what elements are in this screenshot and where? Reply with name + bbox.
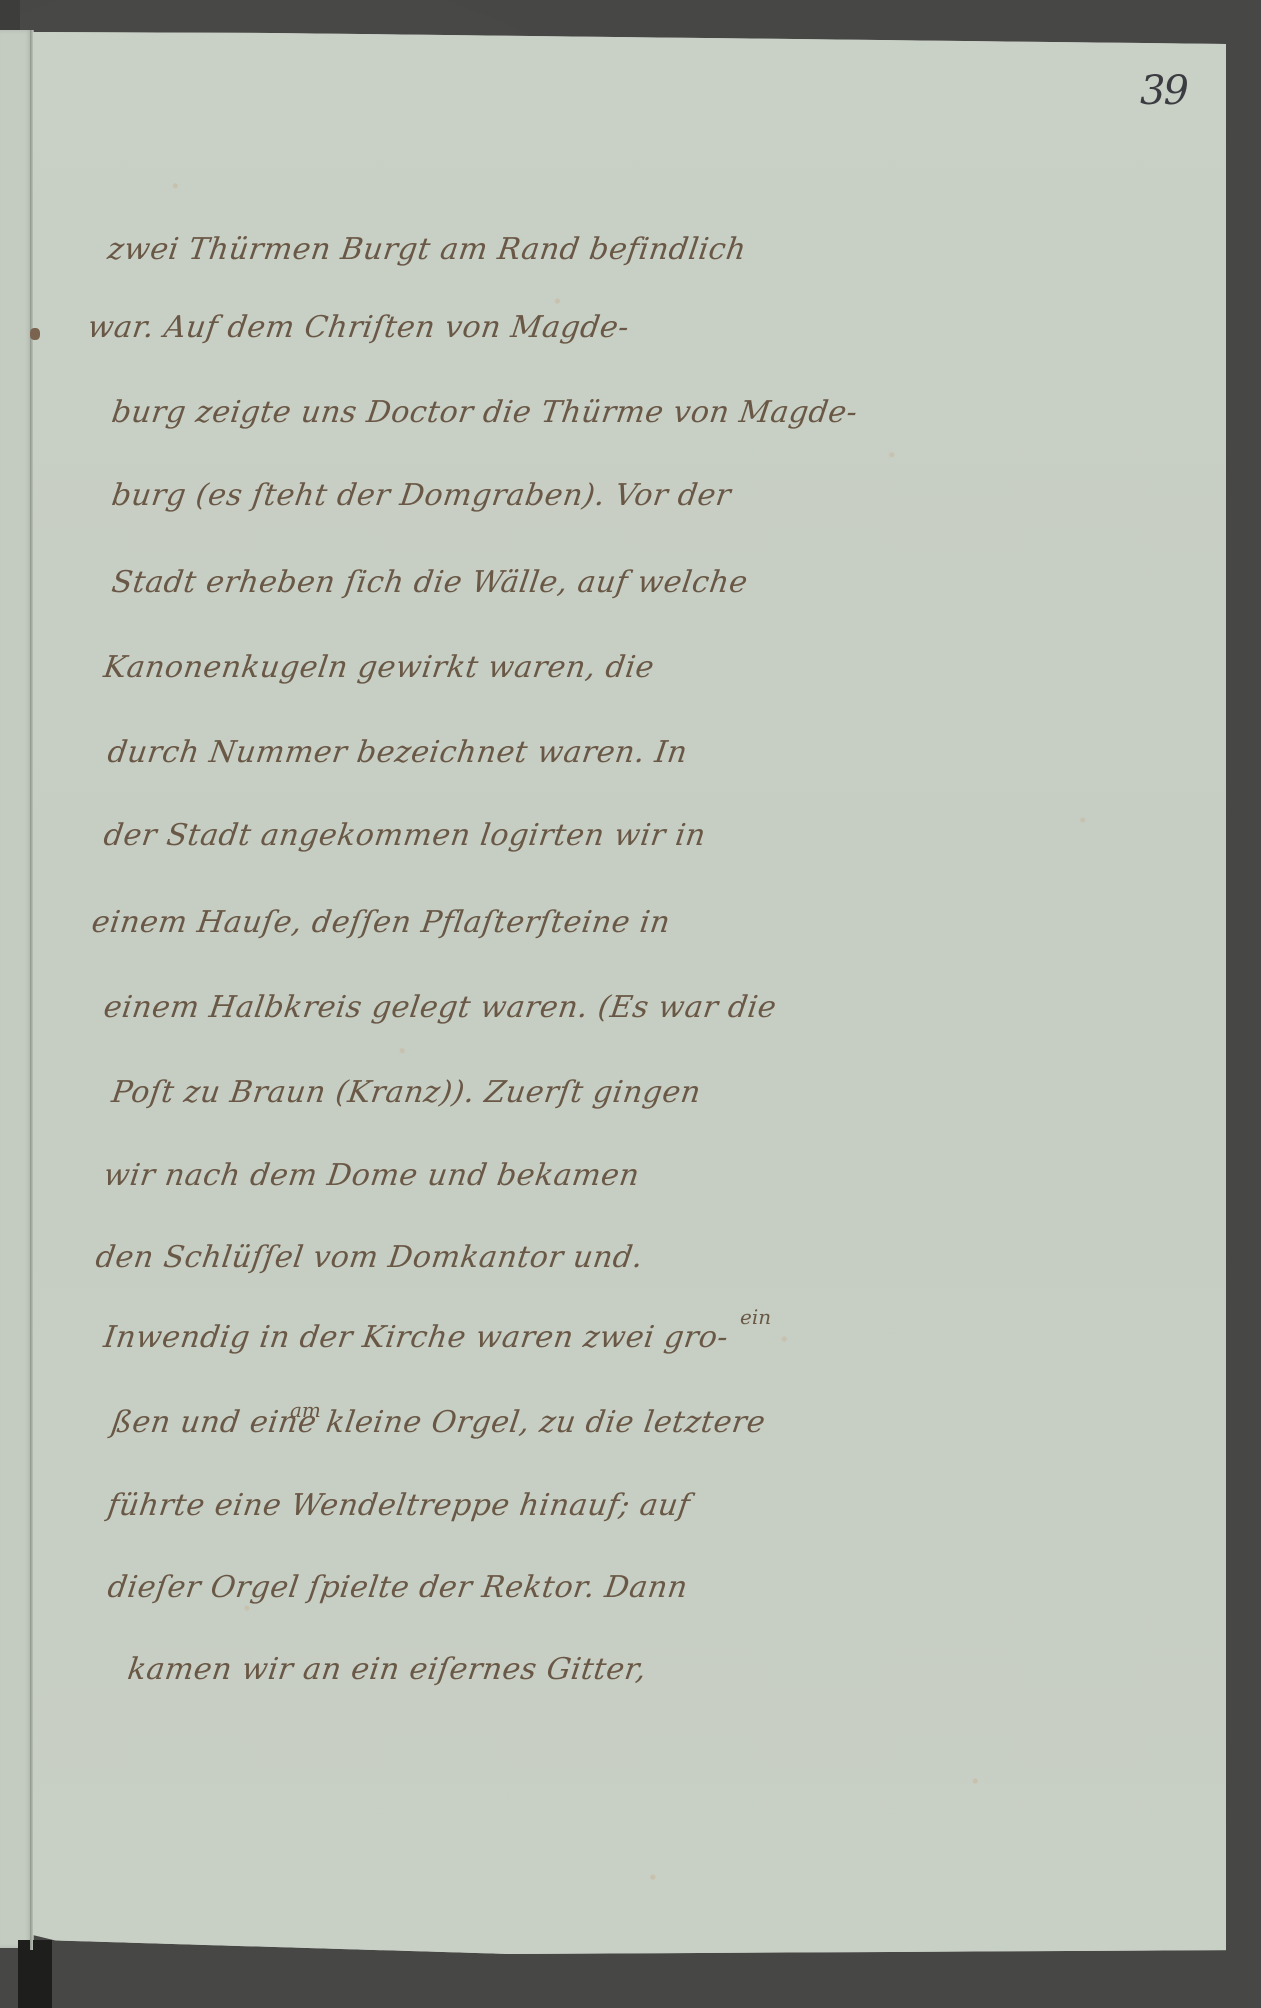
page-fold-line — [30, 30, 33, 1950]
facing-page-edge — [0, 30, 34, 1948]
text-line-18: kamen wir an ein eiſernes Gitter, — [126, 1652, 649, 1687]
text-line-4: burg (es ſteht der Domgraben). Vor der — [110, 478, 734, 513]
binding-shadow — [18, 1940, 52, 2008]
text-line-9: einem Hauſe, deſſen Pflaſterſteine in — [90, 905, 673, 940]
text-line-3: burg zeigte uns Doctor die Thürme von Ma… — [110, 395, 860, 430]
text-line-2: war. Auf dem Chriſten von Magde- — [86, 310, 632, 345]
text-line-5: Stadt erheben ſich die Wälle, auf welche — [110, 565, 751, 600]
text-line-1: zwei Thürmen Burgt am Rand befindlich — [106, 232, 749, 267]
page-number: 39 — [1140, 68, 1187, 114]
text-line-6: Kanonenkugeln gewirkt waren, die — [102, 650, 657, 685]
interlinear-insertion-am: am — [290, 1398, 321, 1422]
text-line-11: Poſt zu Braun (Kranz)). Zuerſt gingen — [110, 1075, 704, 1110]
text-line-10: einem Halbkreis gelegt waren. (Es war di… — [102, 990, 779, 1025]
text-line-12: wir nach dem Dome und bekamen — [102, 1158, 642, 1193]
text-line-17: dieſer Orgel ſpielte der Rektor. Dann — [106, 1570, 691, 1605]
text-line-13: den Schlüſſel vom Domkantor und. — [94, 1240, 646, 1275]
interlinear-insertion-ein: ein — [740, 1305, 771, 1329]
text-line-14: Inwendig in der Kirche waren zwei gro- — [102, 1320, 731, 1355]
binding-thread-mark — [30, 328, 40, 340]
text-line-15: ßen und eine kleine Orgel, zu die letzte… — [110, 1405, 768, 1440]
text-line-8: der Stadt angekommen logirten wir in — [102, 818, 708, 853]
text-line-7: durch Nummer bezeichnet waren. In — [106, 735, 690, 770]
text-line-16: führte eine Wendeltreppe hinauf; auf — [106, 1488, 693, 1523]
